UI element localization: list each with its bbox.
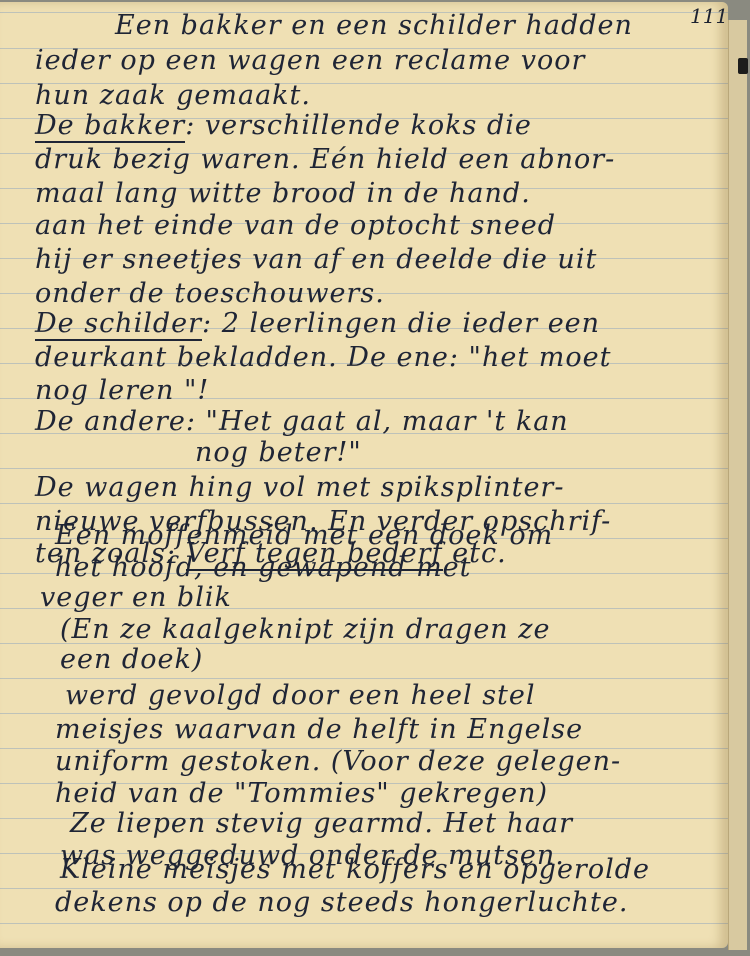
text-line: heid van de "Tommies" gekregen) <box>55 778 548 809</box>
text-line: (En ze kaalgeknipt zijn dragen ze <box>60 614 550 645</box>
text-line: De bakker: verschillende koks die <box>35 110 532 141</box>
text-line: maal lang witte brood in de hand. <box>35 178 531 209</box>
underlined-heading: De bakker <box>35 110 185 143</box>
text-line: een doek) <box>60 644 203 675</box>
text-line: De schilder: 2 leerlingen die ieder een <box>35 308 600 339</box>
text-line: druk bezig waren. Eén hield een abnor- <box>35 144 615 175</box>
text-line: aan het einde van de optocht sneed <box>35 210 556 241</box>
text-line: Een moffenmeid met een doek om <box>55 520 553 551</box>
text-line: onder de toeschouwers. <box>35 278 385 309</box>
text-line: ieder op een wagen een reclame voor <box>35 45 585 76</box>
text-line: Kleine meisjes met koffers en opgerolde <box>60 854 650 885</box>
text-line: deurkant bekladden. De ene: "het moet <box>35 342 611 373</box>
underlined-heading: De schilder <box>35 308 202 341</box>
text-line: werd gevolgd door een heel stel <box>65 680 536 711</box>
text-line: hij er sneetjes van af en deelde die uit <box>35 244 597 275</box>
text-line: Ze liepen stevig gearmd. Het haar <box>70 808 573 839</box>
text-line: Een bakker en een schilder hadden <box>115 10 633 41</box>
text-line: uniform gestoken. (Voor deze gelegen- <box>55 746 621 777</box>
ink-mark-icon <box>738 58 748 74</box>
text-line: dekens op de nog steeds hongerluchte. <box>55 887 628 918</box>
text-line: De wagen hing vol met spiksplinter- <box>35 472 564 503</box>
page-edge <box>728 20 747 950</box>
page-number: 111 <box>690 4 728 28</box>
text-line: nog beter!" <box>195 437 362 468</box>
text-line: veger en blik <box>40 582 232 613</box>
text-line: nog leren "! <box>35 375 209 406</box>
text-line: hun zaak gemaakt. <box>35 80 311 111</box>
text-line: het hoofd, en gewapend met <box>55 552 472 583</box>
notebook-page: 111 Een bakker en een schilder haddenied… <box>0 2 728 948</box>
text-line: De andere: "Het gaat al, maar 't kan <box>35 406 569 437</box>
text-line: meisjes waarvan de helft in Engelse <box>55 714 583 745</box>
